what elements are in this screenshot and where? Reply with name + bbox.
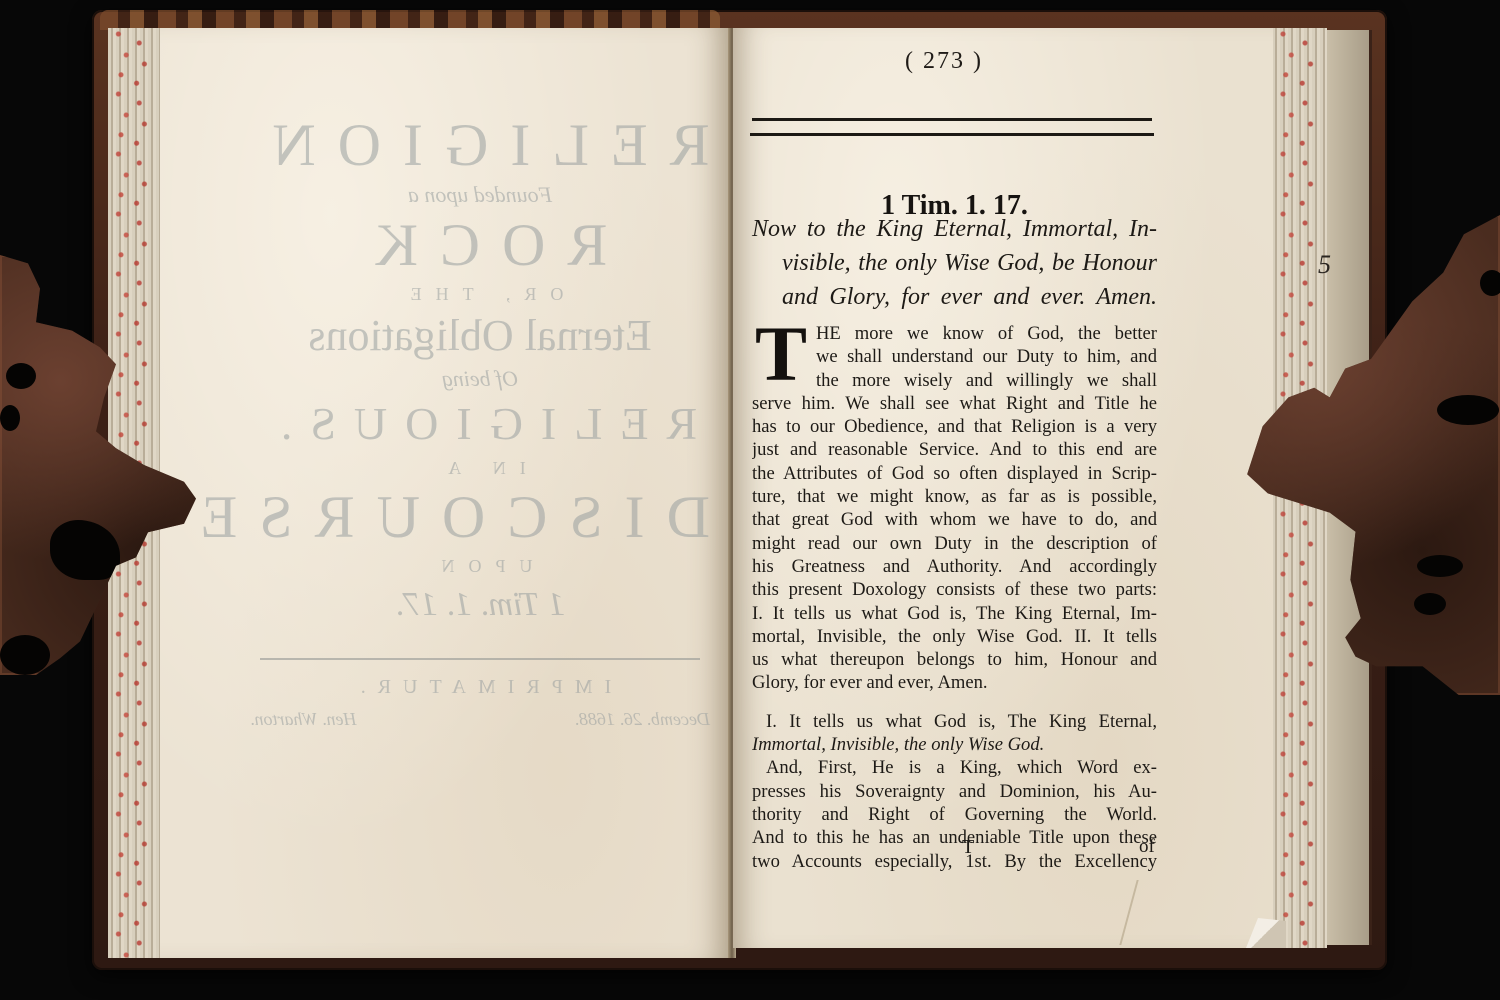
drop-cap-letter: T xyxy=(752,322,810,386)
body-line: his Greatness and Authority. And accordi… xyxy=(752,555,1157,578)
body-line: Glory, for ever and ever, Amen. xyxy=(752,671,1157,694)
body-line: that great God with whom we have to do, … xyxy=(752,508,1157,531)
ghost-in-a: IN A xyxy=(250,454,710,482)
body-text: T HE more we know of God, the better we … xyxy=(752,322,1157,873)
holder-cutout xyxy=(50,520,120,580)
section-one: I. It tells us what God is, The King Ete… xyxy=(752,710,1157,873)
ghost-rule xyxy=(260,658,700,660)
section-line: And to this he has an undeniable Title u… xyxy=(752,826,1157,849)
body-line: serve him. We shall see what Right and T… xyxy=(752,392,1157,415)
holder-cutout xyxy=(1414,593,1446,615)
holder-cutout xyxy=(1417,555,1463,577)
section-line: two Accounts especially, 1st. By the Exc… xyxy=(752,850,1157,873)
ghost-scripture-ref: 1 Tim. 1. 17. xyxy=(250,580,710,630)
body-line: the Attributes of God so often displayed… xyxy=(752,462,1157,485)
body-line: ture, that we might know, as far as is p… xyxy=(752,485,1157,508)
holder-cutout xyxy=(1480,270,1500,296)
body-line: just and reasonable Service. And to this… xyxy=(752,438,1157,461)
verse-text: Now to the King Eternal, Immortal, In- v… xyxy=(752,212,1157,314)
verse-line: and Glory, for ever and ever. Amen. xyxy=(752,280,1157,314)
ghost-upon: UPON xyxy=(250,552,710,580)
holder-cutout xyxy=(1437,395,1499,425)
verse-line: visible, the only Wise God, be Honour xyxy=(752,246,1157,280)
body-line: mortal, Invisible, the only Wise God. II… xyxy=(752,625,1157,648)
section-line: thority and Right of Governing the World… xyxy=(752,803,1157,826)
body-line: us what thereupon belongs to him, Honour… xyxy=(752,648,1157,671)
ghost-eternal-obligations: Eternal Obligations xyxy=(250,308,710,364)
body-line: HE more we know of God, the better xyxy=(816,322,1157,345)
holder-cutout xyxy=(0,405,20,431)
ghost-of-being: Of being xyxy=(250,364,710,394)
section-line: Immortal, Invisible, the only Wise God. xyxy=(752,733,1157,756)
body-line: has to our Obedience, and that Religion … xyxy=(752,415,1157,438)
holder-cutout xyxy=(0,635,50,675)
section-line: presses his Soveraignty and Dominion, hi… xyxy=(752,780,1157,803)
verse-line: Now to the King Eternal, Immortal, In- xyxy=(752,212,1157,246)
mirrored-title-page-show-through: RELIGION Founded upon a ROCK OR, THE Ete… xyxy=(250,110,710,730)
ghost-or-the: OR, THE xyxy=(250,280,710,308)
ghost-title-rock: ROCK xyxy=(250,210,710,280)
ghost-founded-upon: Founded upon a xyxy=(250,180,710,210)
ghost-imprimatur: IMPRIMATUR. xyxy=(250,676,710,699)
ghost-religious: RELIGIOUS. xyxy=(250,394,710,454)
body-line: this present Doxology consists of these … xyxy=(752,578,1157,601)
header-rule-bottom xyxy=(750,133,1154,136)
section-line: And, First, He is a King, which Word ex- xyxy=(752,756,1157,779)
holder-cutout xyxy=(6,363,36,389)
ghost-date: Decemb. 26. 1688. xyxy=(575,709,710,730)
drop-cap-paragraph: T HE more we know of God, the better we … xyxy=(752,322,1157,392)
handwritten-margin-note: 5 xyxy=(1318,250,1331,280)
ghost-footer: Decemb. 26. 1688. Hen. Wharton. xyxy=(250,709,710,730)
header-rule-top xyxy=(752,118,1152,121)
ghost-licenser: Hen. Wharton. xyxy=(250,709,357,730)
worn-binding-edge xyxy=(100,10,720,30)
section-line: I. It tells us what God is, The King Ete… xyxy=(752,710,1157,733)
catchword: of xyxy=(1139,836,1155,858)
body-line: might read our own Duty in the descripti… xyxy=(752,532,1157,555)
page-number: ( 273 ) xyxy=(905,48,983,75)
body-line: we shall understand our Duty to him, and xyxy=(816,345,1157,368)
book-photo-scene: RELIGION Founded upon a ROCK OR, THE Ete… xyxy=(0,0,1500,1000)
body-line: I. It tells us what God is, The King Ete… xyxy=(752,602,1157,625)
ghost-title-religion: RELIGION xyxy=(250,110,710,180)
body-line: the more wisely and willingly we shall xyxy=(816,369,1157,392)
signature-mark: T xyxy=(962,836,974,859)
ghost-discourse: DISCOURSE xyxy=(250,482,710,552)
